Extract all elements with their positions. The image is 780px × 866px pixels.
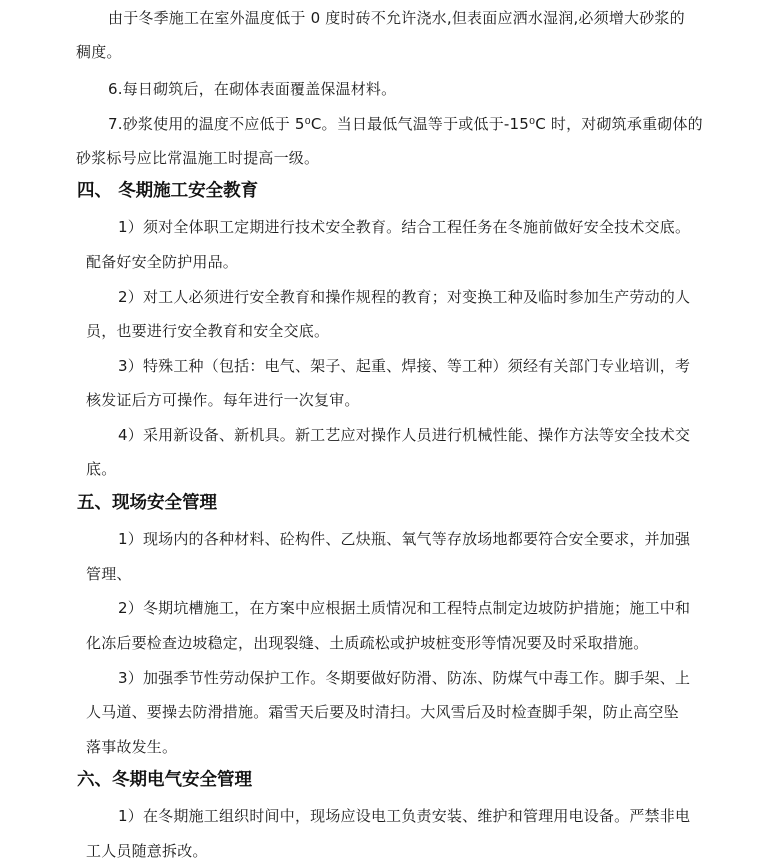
list-item-line: 底。 xyxy=(86,459,116,479)
list-item-line: 管理、 xyxy=(86,564,132,584)
paragraph-line: 稠度。 xyxy=(76,42,122,62)
list-item-line: 配备好安全防护用品。 xyxy=(86,252,238,272)
paragraph-line: 6.每日砌筑后，在砌体表面覆盖保温材料。 xyxy=(108,79,396,99)
section-heading-6: 六、冬期电气安全管理 xyxy=(77,769,252,791)
list-item-line: 2）冬期坑槽施工，在方案中应根据土质情况和工程特点制定边坡防护措施；施工中和 xyxy=(118,598,690,618)
list-item-line: 1）现场内的各种材料、砼构件、乙炔瓶、氧气等存放场地都要符合安全要求，并加强 xyxy=(118,529,690,549)
list-item-line: 核发证后方可操作。每年进行一次复审。 xyxy=(86,390,360,410)
list-item-line: 员，也要进行安全教育和安全交底。 xyxy=(86,321,329,341)
paragraph-line: 砂浆标号应比常温施工时提高一级。 xyxy=(76,148,319,168)
list-item-line: 3）加强季节性劳动保护工作。冬期要做好防滑、防冻、防煤气中毒工作。脚手架、上 xyxy=(118,668,690,688)
list-item-line: 工人员随意拆改。 xyxy=(86,841,208,861)
list-item-line: 2）对工人必须进行安全教育和操作规程的教育；对变换工种及临时参加生产劳动的人 xyxy=(118,287,690,307)
list-item-line: 4）采用新设备、新机具。新工艺应对操作人员进行机械性能、操作方法等安全技术交 xyxy=(118,425,690,445)
section-heading-5: 五、现场安全管理 xyxy=(77,492,217,514)
list-item-line: 人马道、要操去防滑措施。霜雪天后要及时清扫。大风雪后及时检查脚手架，防止高空坠 xyxy=(86,702,679,722)
list-item-line: 化冻后要检查边坡稳定，出现裂缝、土质疏松或护坡桩变形等情况要及时采取措施。 xyxy=(86,633,648,653)
list-item-line: 落事故发生。 xyxy=(86,737,177,757)
paragraph-line: 由于冬季施工在室外温度低于 0 度时砖不允许浇水,但表面应洒水湿润,必须增大砂浆… xyxy=(108,8,685,28)
section-heading-4: 四、 冬期施工安全教育 xyxy=(77,180,258,202)
list-item-line: 3）特殊工种（包括：电气、架子、起重、焊接、等工种）须经有关部门专业培训，考 xyxy=(118,356,690,376)
list-item-line: 1）在冬期施工组织时间中，现场应设电工负责安装、维护和管理用电设备。严禁非电 xyxy=(118,806,690,826)
paragraph-line: 7.砂浆使用的温度不应低于 5⁰C。当日最低气温等于或低于-15⁰C 时，对砌筑… xyxy=(108,114,703,134)
list-item-line: 1）须对全体职工定期进行技术安全教育。结合工程任务在冬施前做好安全技术交底。 xyxy=(118,217,690,237)
